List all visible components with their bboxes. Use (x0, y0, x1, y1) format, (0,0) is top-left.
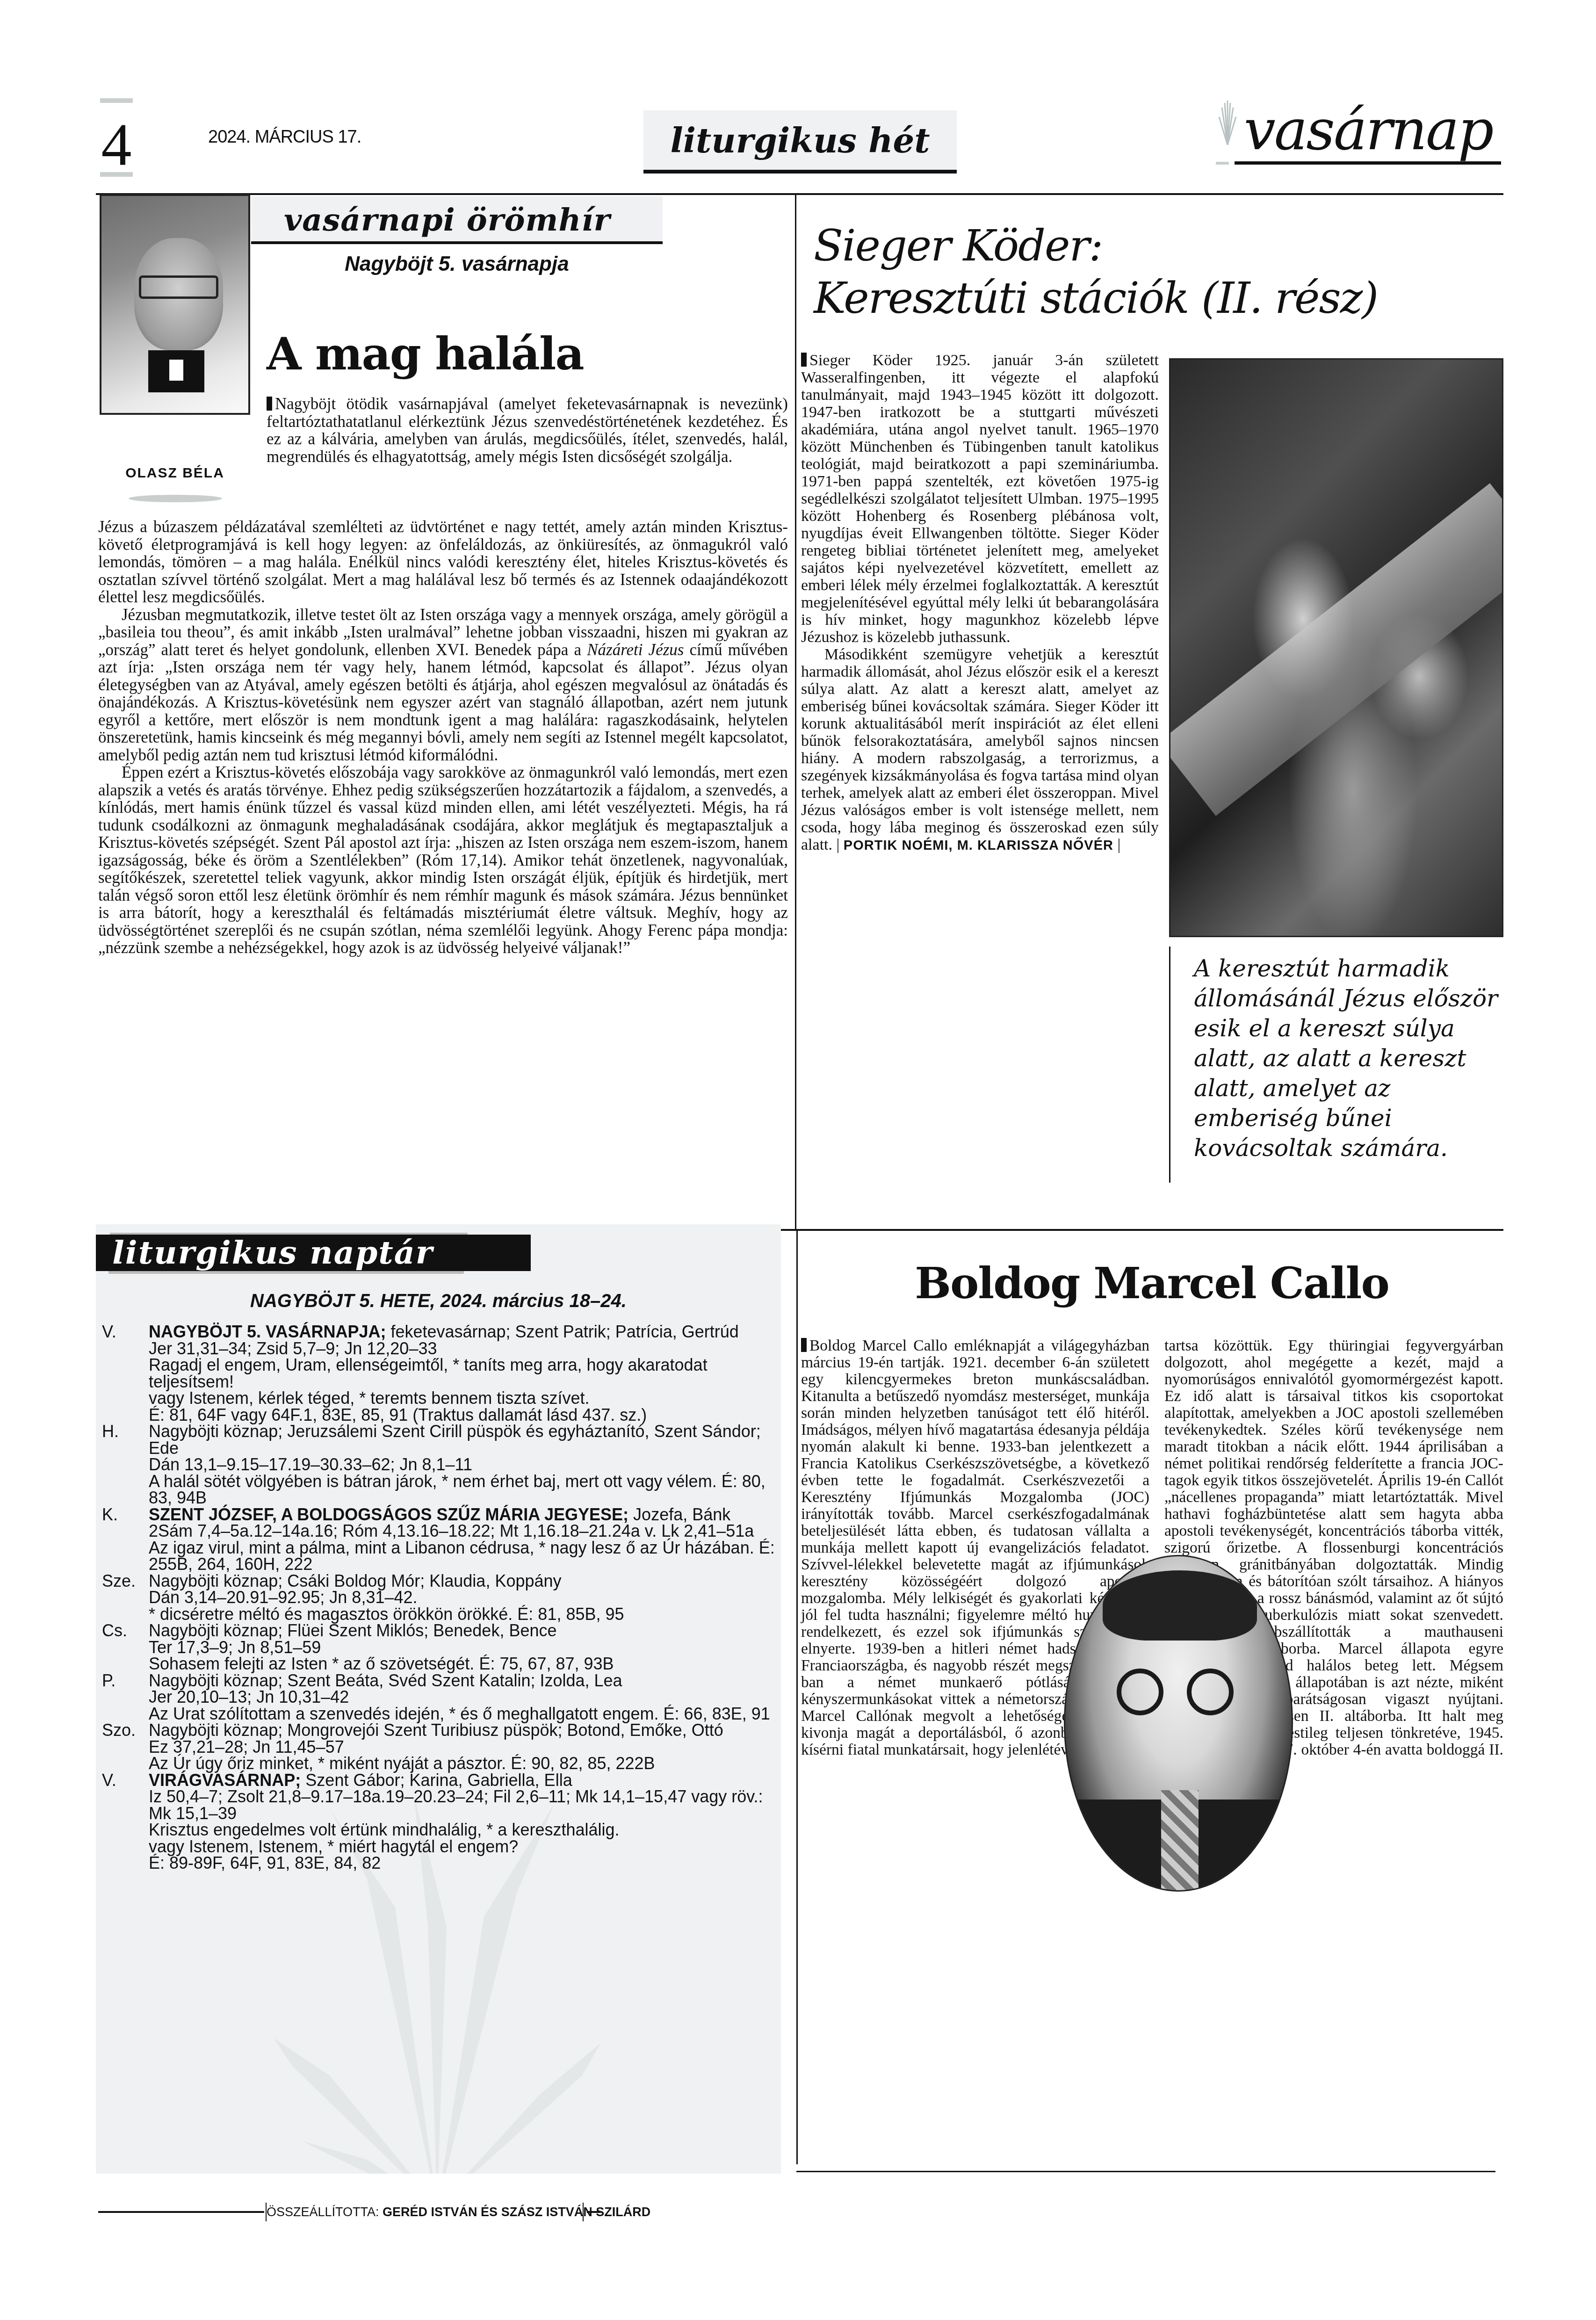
calendar-day: K. SZENT JÓZSEF, A BOLDOGSÁGOS SZŰZ MÁRI… (102, 1506, 775, 1573)
calendar-day: H. Nagyböjti köznap; Jeruzsálemi Szent C… (102, 1423, 775, 1506)
article-intro: Nagyböjt ötödik vasárnapjával (amelyet f… (267, 395, 788, 465)
bottom-divider (796, 2171, 1495, 2172)
article-headline: Sieger Köder: Keresztúti stációk (II. ré… (814, 220, 1378, 325)
byline: PORTIK NOÉMI, M. KLARISSZA NŐVÉR (844, 838, 1113, 853)
calendar-day: Cs. Nagyböjti köznap; Flüei Szent Miklós… (102, 1622, 775, 1672)
top-divider (96, 193, 1503, 195)
article-headline: A mag halála (267, 327, 584, 380)
paragraph: Jézus a búzaszem példázatával szemléltet… (98, 518, 788, 606)
column-kicker: vasárnapi örömhír (251, 196, 663, 244)
lead-marker (801, 1338, 807, 1352)
column-divider-bottom (796, 1229, 798, 2164)
article-headline: Boldog Marcel Callo (801, 1258, 1502, 1308)
column-divider-top (795, 193, 796, 1230)
pull-quote: A keresztút harmadik állomásánál Jézus e… (1169, 947, 1503, 1183)
author-name: OLASZ BÉLA (100, 465, 250, 481)
author-photo (100, 194, 250, 415)
calendar-day: P. Nagyböjti köznap; Szent Beáta, Svéd S… (102, 1672, 775, 1722)
paragraph: Éppen ezért a Krisztus-követés előszobáj… (98, 764, 788, 957)
logo-underline (1235, 161, 1501, 165)
newspaper-logo: vasárnap (1244, 100, 1492, 161)
article-body: Sieger Köder 1925. január 3-án született… (801, 352, 1159, 854)
page-number-bar-bottom (100, 172, 133, 177)
portrait-photo (1064, 1555, 1293, 1892)
page-number-bar-top (100, 98, 133, 103)
logo-accent (1216, 162, 1229, 165)
section-title: liturgikus hét (643, 110, 957, 173)
wheat-spark-icon (1218, 98, 1237, 145)
lead-marker (267, 397, 272, 411)
painting-image (1169, 358, 1503, 937)
calendar-day: V. NAGYBÖJT 5. VASÁRNAPJA; feketevasárna… (102, 1323, 775, 1423)
article-body: Jézus a búzaszem példázatával szemléltet… (98, 518, 788, 957)
lead-marker (801, 353, 807, 367)
issue-date: 2024. MÁRCIUS 17. (208, 127, 361, 147)
calendar-day: Szo. Nagyböjti köznap; Mongrovejói Szent… (102, 1722, 775, 1772)
author-ornament (129, 495, 222, 502)
calendar-day: V. VIRÁGVASÁRNAP; Szent Gábor; Karina, G… (102, 1772, 775, 1872)
calendar-day: Sze. Nagyböjti köznap; Csáki Boldog Mór;… (102, 1573, 775, 1623)
sunday-name: Nagyböjt 5. vasárnapja (251, 253, 663, 276)
calendar-title: liturgikus naptár (112, 1235, 433, 1271)
calendar-list: V. NAGYBÖJT 5. VASÁRNAPJA; feketevasárna… (102, 1323, 775, 1872)
calendar-credit: ÖSSZEÁLLÍTOTTA: GERÉD ISTVÁN ÉS SZÁSZ IS… (98, 2203, 781, 2221)
calendar-week: NAGYBÖJT 5. HETE, 2024. március 18–24. (96, 1291, 781, 1312)
paragraph: Jézusban megmutatkozik, illetve testet ö… (98, 606, 788, 764)
